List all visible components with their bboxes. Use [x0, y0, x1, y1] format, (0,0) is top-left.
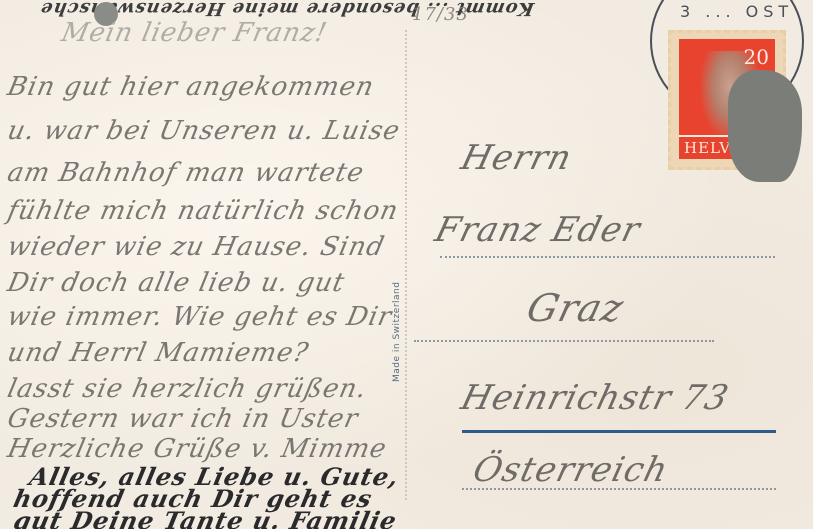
- message-line: Gestern war ich in Uster: [5, 404, 361, 434]
- address-line-2: [414, 340, 714, 342]
- postcard: Kommt ... besondere meine Herzenswünsche…: [0, 0, 813, 529]
- center-divider: [405, 30, 407, 500]
- message-line: lasst sie herzlich grüßen.: [5, 374, 370, 404]
- address-line-4: [462, 488, 776, 490]
- paper-damage-patch: [728, 70, 802, 182]
- reference-note: 17/33: [412, 4, 469, 25]
- address-country: Österreich: [469, 450, 673, 490]
- made-in-imprint: Made in Switzerland: [392, 282, 402, 382]
- message-line: Herzliche Grüße v. Mimme: [5, 434, 390, 464]
- message-line: u. war bei Unseren u. Luise: [5, 116, 403, 146]
- message-line: und Herrl Mamieme?: [5, 338, 312, 368]
- message-line: Dir doch alle lieb u. gut: [5, 268, 348, 298]
- message-line: fühlte mich natürlich schon: [5, 196, 402, 226]
- address-street: Heinrichstr 73: [457, 378, 733, 418]
- address-name: Franz Eder: [431, 210, 645, 250]
- message-line: am Bahnhof man wartete: [5, 158, 367, 188]
- address-city: Graz: [523, 286, 629, 330]
- message-signature: gut Deine Tante u. Familie: [11, 506, 400, 529]
- message-greeting: Mein lieber Franz!: [59, 18, 330, 48]
- stamp-value: 20: [744, 45, 769, 69]
- message-line: wieder wie zu Hause. Sind: [5, 232, 388, 262]
- message-line: wie immer. Wie geht es Dir: [5, 302, 395, 332]
- address-salutation: Herrn: [457, 138, 576, 178]
- address-line-3-underline: [462, 430, 776, 433]
- address-line-1: [440, 256, 775, 258]
- postmark-text: 3 ... OST: [680, 2, 793, 21]
- message-line: Bin gut hier angekommen: [5, 72, 377, 102]
